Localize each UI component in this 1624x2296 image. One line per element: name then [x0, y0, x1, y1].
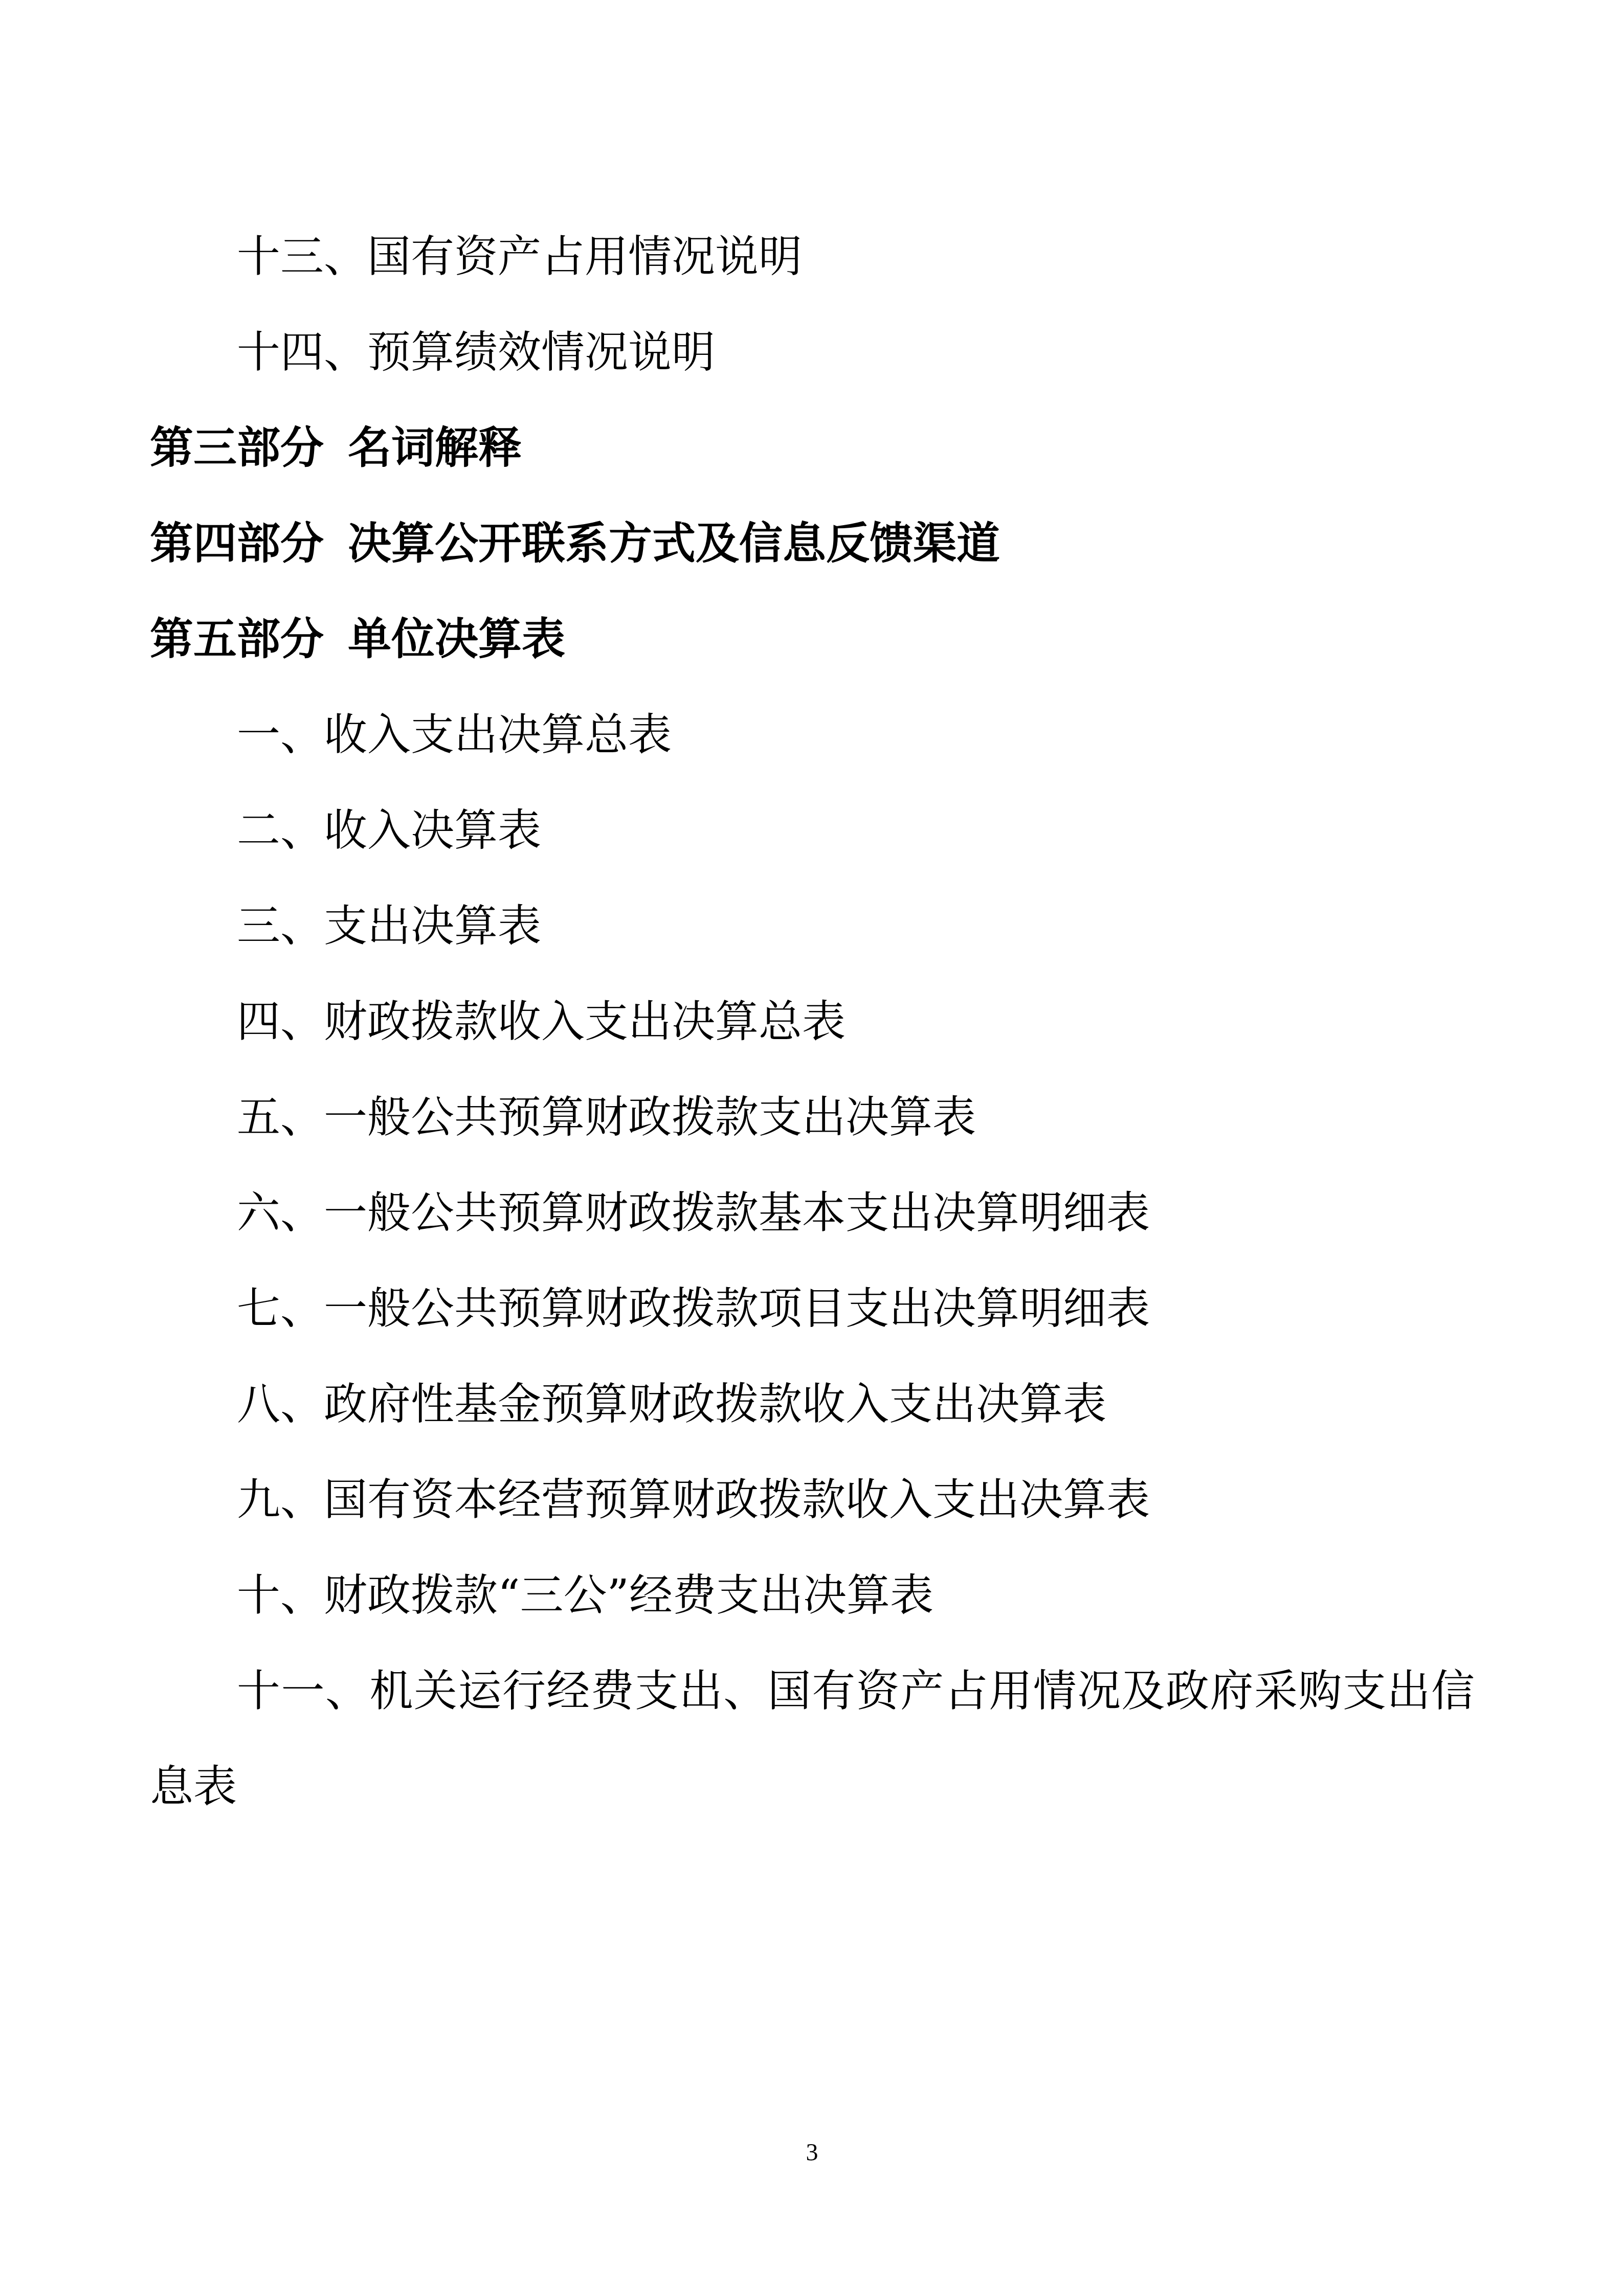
heading-part-label: 第五部分: [150, 614, 324, 665]
toc-heading-part-5: 第五部分单位决算表: [150, 592, 1475, 687]
heading-part-label: 第四部分: [150, 519, 324, 569]
page-number: 3: [0, 2137, 1624, 2168]
toc-table-item-3: 三、支出决算表: [150, 879, 1475, 974]
heading-title: 名词解释: [348, 423, 522, 474]
table-of-contents: 十三、国有资产占用情况说明 十四、预算绩效情况说明 第三部分名词解释 第四部分决…: [150, 209, 1475, 1835]
toc-table-item-6: 六、一般公共预算财政拨款基本支出决算明细表: [150, 1165, 1475, 1261]
toc-heading-part-3: 第三部分名词解释: [150, 400, 1475, 496]
toc-heading-part-4: 第四部分决算公开联系方式及信息反馈渠道: [150, 496, 1475, 592]
toc-table-item-2: 二、收入决算表: [150, 783, 1475, 879]
toc-table-item-8: 八、政府性基金预算财政拨款收入支出决算表: [150, 1357, 1475, 1452]
toc-table-item-10: 十、财政拨款“三公”经费支出决算表: [150, 1548, 1475, 1644]
toc-table-item-4: 四、财政拨款收入支出决算总表: [150, 974, 1475, 1070]
toc-table-item-11: 十一、机关运行经费支出、国有资产占用情况及政府采购支出信息表: [150, 1644, 1475, 1835]
heading-title: 决算公开联系方式及信息反馈渠道: [348, 519, 1000, 569]
toc-table-item-5: 五、一般公共预算财政拨款支出决算表: [150, 1070, 1475, 1165]
document-page: 十三、国有资产占用情况说明 十四、预算绩效情况说明 第三部分名词解释 第四部分决…: [0, 0, 1624, 2296]
toc-table-item-9: 九、国有资本经营预算财政拨款收入支出决算表: [150, 1452, 1475, 1548]
toc-item-13: 十三、国有资产占用情况说明: [150, 209, 1475, 305]
toc-item-14: 十四、预算绩效情况说明: [150, 305, 1475, 400]
toc-table-item-1: 一、收入支出决算总表: [150, 687, 1475, 783]
heading-title: 单位决算表: [348, 614, 565, 665]
toc-table-item-7: 七、一般公共预算财政拨款项目支出决算明细表: [150, 1261, 1475, 1357]
heading-part-label: 第三部分: [150, 423, 324, 474]
